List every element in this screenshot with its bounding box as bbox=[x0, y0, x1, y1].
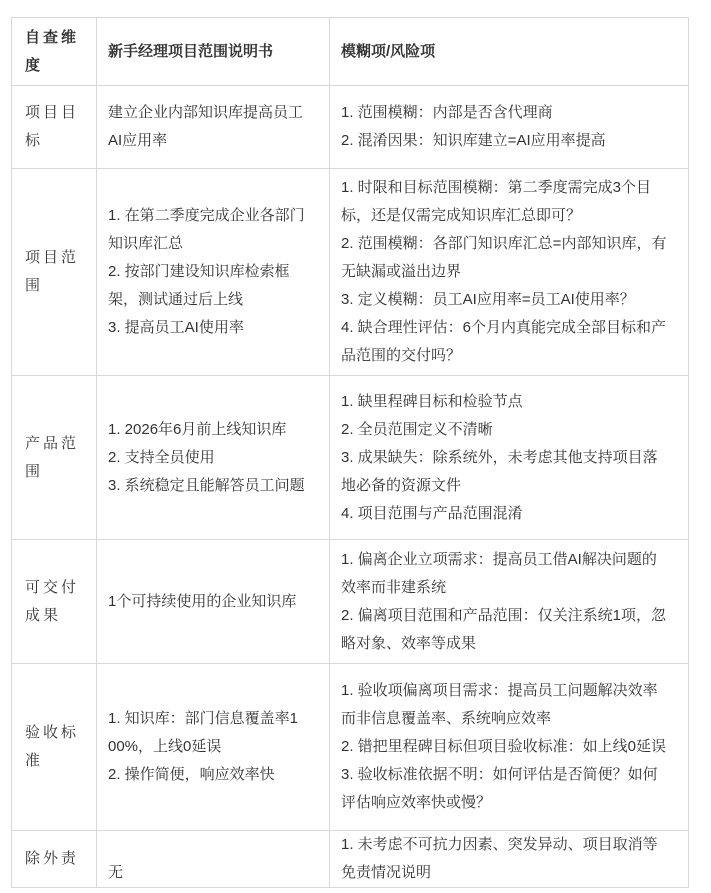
dimension-cell: 验收标准 bbox=[12, 664, 97, 831]
statement-cell: 1个可持续使用的企业知识库 bbox=[97, 540, 330, 664]
statement-cell: 1. 在第二季度完成企业各部门 知识库汇总 2. 按部门建设知识库检索框 架，测… bbox=[97, 169, 330, 376]
header-statement: 新手经理项目范围说明书 bbox=[97, 18, 330, 86]
risks-cell: 1. 偏离企业立项需求：提高员工借AI解决问题的 效率而非建系统 2. 偏离项目… bbox=[330, 540, 689, 664]
header-risks: 模糊项/风险项 bbox=[330, 18, 689, 86]
table-row: 验收标准 1. 知识库：部门信息覆盖率1 00%，上线0延误 2. 操作简便，响… bbox=[12, 664, 689, 831]
scope-self-check-table: 自查维度 新手经理项目范围说明书 模糊项/风险项 项目目标 建立企业内部知识库提… bbox=[11, 17, 689, 888]
risks-cell: 1. 验收项偏离项目需求：提高员工问题解决效率 而非信息覆盖率、系统响应效率 2… bbox=[330, 664, 689, 831]
dimension-cell: 项目目标 bbox=[12, 86, 97, 169]
dimension-cell: 除外责 bbox=[12, 831, 97, 888]
risks-cell: 1. 时限和目标范围模糊：第二季度需完成3个目 标，还是仅需完成知识库汇总即可？… bbox=[330, 169, 689, 376]
document-page: 自查维度 新手经理项目范围说明书 模糊项/风险项 项目目标 建立企业内部知识库提… bbox=[0, 0, 711, 893]
risks-cell: 1. 缺里程碑目标和检验节点 2. 全员范围定义不清晰 3. 成果缺失：除系统外… bbox=[330, 376, 689, 540]
statement-cell: 1. 知识库：部门信息覆盖率1 00%，上线0延误 2. 操作简便，响应效率快 bbox=[97, 664, 330, 831]
table-header-row: 自查维度 新手经理项目范围说明书 模糊项/风险项 bbox=[12, 18, 689, 86]
table-row: 项目范围 1. 在第二季度完成企业各部门 知识库汇总 2. 按部门建设知识库检索… bbox=[12, 169, 689, 376]
dimension-cell: 可交付成果 bbox=[12, 540, 97, 664]
header-dimension: 自查维度 bbox=[12, 18, 97, 86]
dimension-cell: 产品范围 bbox=[12, 376, 97, 540]
table-row: 可交付成果 1个可持续使用的企业知识库 1. 偏离企业立项需求：提高员工借AI解… bbox=[12, 540, 689, 664]
statement-cell: 无 bbox=[97, 831, 330, 888]
statement-cell: 1. 2026年6月前上线知识库 2. 支持全员使用 3. 系统稳定且能解答员工… bbox=[97, 376, 330, 540]
table-row: 项目目标 建立企业内部知识库提高员工 AI应用率 1. 范围模糊：内部是否含代理… bbox=[12, 86, 689, 169]
risks-cell: 1. 范围模糊：内部是否含代理商 2. 混淆因果：知识库建立=AI应用率提高 bbox=[330, 86, 689, 169]
table-row: 产品范围 1. 2026年6月前上线知识库 2. 支持全员使用 3. 系统稳定且… bbox=[12, 376, 689, 540]
statement-cell: 建立企业内部知识库提高员工 AI应用率 bbox=[97, 86, 330, 169]
dimension-cell: 项目范围 bbox=[12, 169, 97, 376]
risks-cell: 1. 未考虑不可抗力因素、突发异动、项目取消等 免责情况说明 bbox=[330, 831, 689, 888]
table-row: 除外责 无 1. 未考虑不可抗力因素、突发异动、项目取消等 免责情况说明 bbox=[12, 831, 689, 888]
